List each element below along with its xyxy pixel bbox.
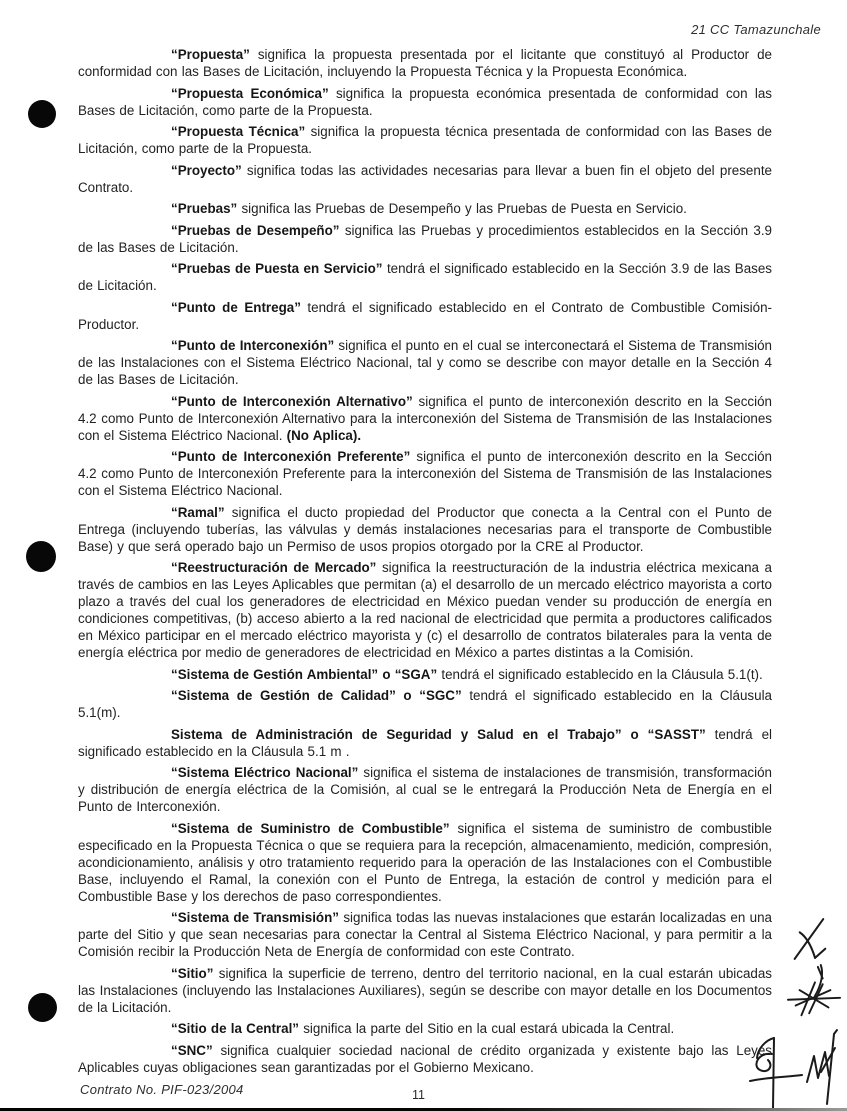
definition-paragraph: “Sitio” significa la superficie de terre… <box>78 965 772 1016</box>
handwritten-initial-k-icon <box>790 916 834 962</box>
defined-term: Sistema de Administración de Seguridad y… <box>171 727 706 742</box>
definition-paragraph: “Sistema de Gestión Ambiental” o “SGA” t… <box>78 666 772 683</box>
defined-term: “Sitio de la Central” <box>171 1021 299 1036</box>
definition-paragraph: “Punto de Entrega” tendrá el significado… <box>78 299 772 333</box>
definition-paragraph: “Sistema de Gestión de Calidad” o “SGC” … <box>78 687 772 721</box>
handwritten-signature-w-icon <box>797 1028 845 1110</box>
defined-term: “Sistema de Gestión Ambiental” o “SGA” <box>171 667 437 682</box>
hole-punch-dot <box>28 100 56 128</box>
defined-term: “Punto de Interconexión” <box>171 338 334 353</box>
defined-term: “Proyecto” <box>171 163 242 178</box>
defined-term: “Propuesta” <box>171 47 250 62</box>
definition-paragraph: “Sistema de Suministro de Combustible” s… <box>78 820 772 905</box>
defined-term: “Pruebas” <box>171 201 237 216</box>
defined-term: “Punto de Entrega” <box>171 300 301 315</box>
defined-term: “Punto de Interconexión Preferente” <box>171 449 410 464</box>
footer-page-number: 11 <box>412 1088 425 1102</box>
definition-paragraph: “Proyecto” significa todas las actividad… <box>78 162 772 196</box>
defined-term: “SNC” <box>171 1043 213 1058</box>
definition-paragraph: “Sitio de la Central” significa la parte… <box>78 1020 772 1037</box>
defined-term: “Propuesta Técnica” <box>171 124 305 139</box>
defined-term: “Pruebas de Puesta en Servicio” <box>171 261 382 276</box>
defined-term: “Sitio” <box>171 966 213 981</box>
definition-paragraph: “Propuesta” significa la propuesta prese… <box>78 46 772 80</box>
definition-paragraph: Sistema de Administración de Seguridad y… <box>78 726 772 760</box>
defined-term: “Reestructuración de Mercado” <box>171 560 376 575</box>
defined-term: “Punto de Interconexión Alternativo” <box>171 394 413 409</box>
definition-paragraph: “Pruebas de Puesta en Servicio” tendrá e… <box>78 260 772 294</box>
definition-paragraph: “Pruebas” significa las Pruebas de Desem… <box>78 200 772 217</box>
definition-paragraph: “Reestructuración de Mercado” significa … <box>78 559 772 661</box>
hole-punch-dot <box>28 993 57 1022</box>
defined-term: “Sistema de Transmisión” <box>171 910 339 925</box>
defined-term: “Pruebas de Desempeño” <box>171 223 340 238</box>
definition-paragraph: “SNC” significa cualquier sociedad nacio… <box>78 1042 772 1076</box>
definition-paragraph: “Pruebas de Desempeño” significa las Pru… <box>78 222 772 256</box>
definition-paragraph: “Punto de Interconexión Alternativo” sig… <box>78 393 772 444</box>
defined-term: “Propuesta Económica” <box>171 86 329 101</box>
defined-term: “Sistema de Gestión de Calidad” o “SGC” <box>171 688 462 703</box>
scanned-contract-page: 21 CC Tamazunchale “Propuesta” significa… <box>0 0 847 1111</box>
defined-term-note: (No Aplica). <box>287 428 361 443</box>
definition-paragraph: “Propuesta Técnica” significa la propues… <box>78 123 772 157</box>
footer-contract-number: Contrato No. PIF-023/2004 <box>80 1082 244 1097</box>
definition-paragraph: “Punto de Interconexión Preferente” sign… <box>78 448 772 499</box>
defined-term: “Sistema de Suministro de Combustible” <box>171 821 450 836</box>
defined-term: “Sistema Eléctrico Nacional” <box>171 765 358 780</box>
definition-paragraph: “Propuesta Económica” significa la propu… <box>78 85 772 119</box>
definition-paragraph: “Punto de Interconexión” significa el pu… <box>78 337 772 388</box>
defined-term: “Ramal” <box>171 505 225 520</box>
handwritten-star-doodle-icon <box>786 962 842 1024</box>
page-header-tag: 21 CC Tamazunchale <box>691 22 821 37</box>
definition-paragraph: “Sistema Eléctrico Nacional” significa e… <box>78 764 772 815</box>
hole-punch-dot <box>26 541 56 572</box>
definition-paragraph: “Ramal” significa el ducto propiedad del… <box>78 504 772 555</box>
definitions-body: “Propuesta” significa la propuesta prese… <box>78 46 772 1080</box>
definition-paragraph: “Sistema de Transmisión” significa todas… <box>78 909 772 960</box>
